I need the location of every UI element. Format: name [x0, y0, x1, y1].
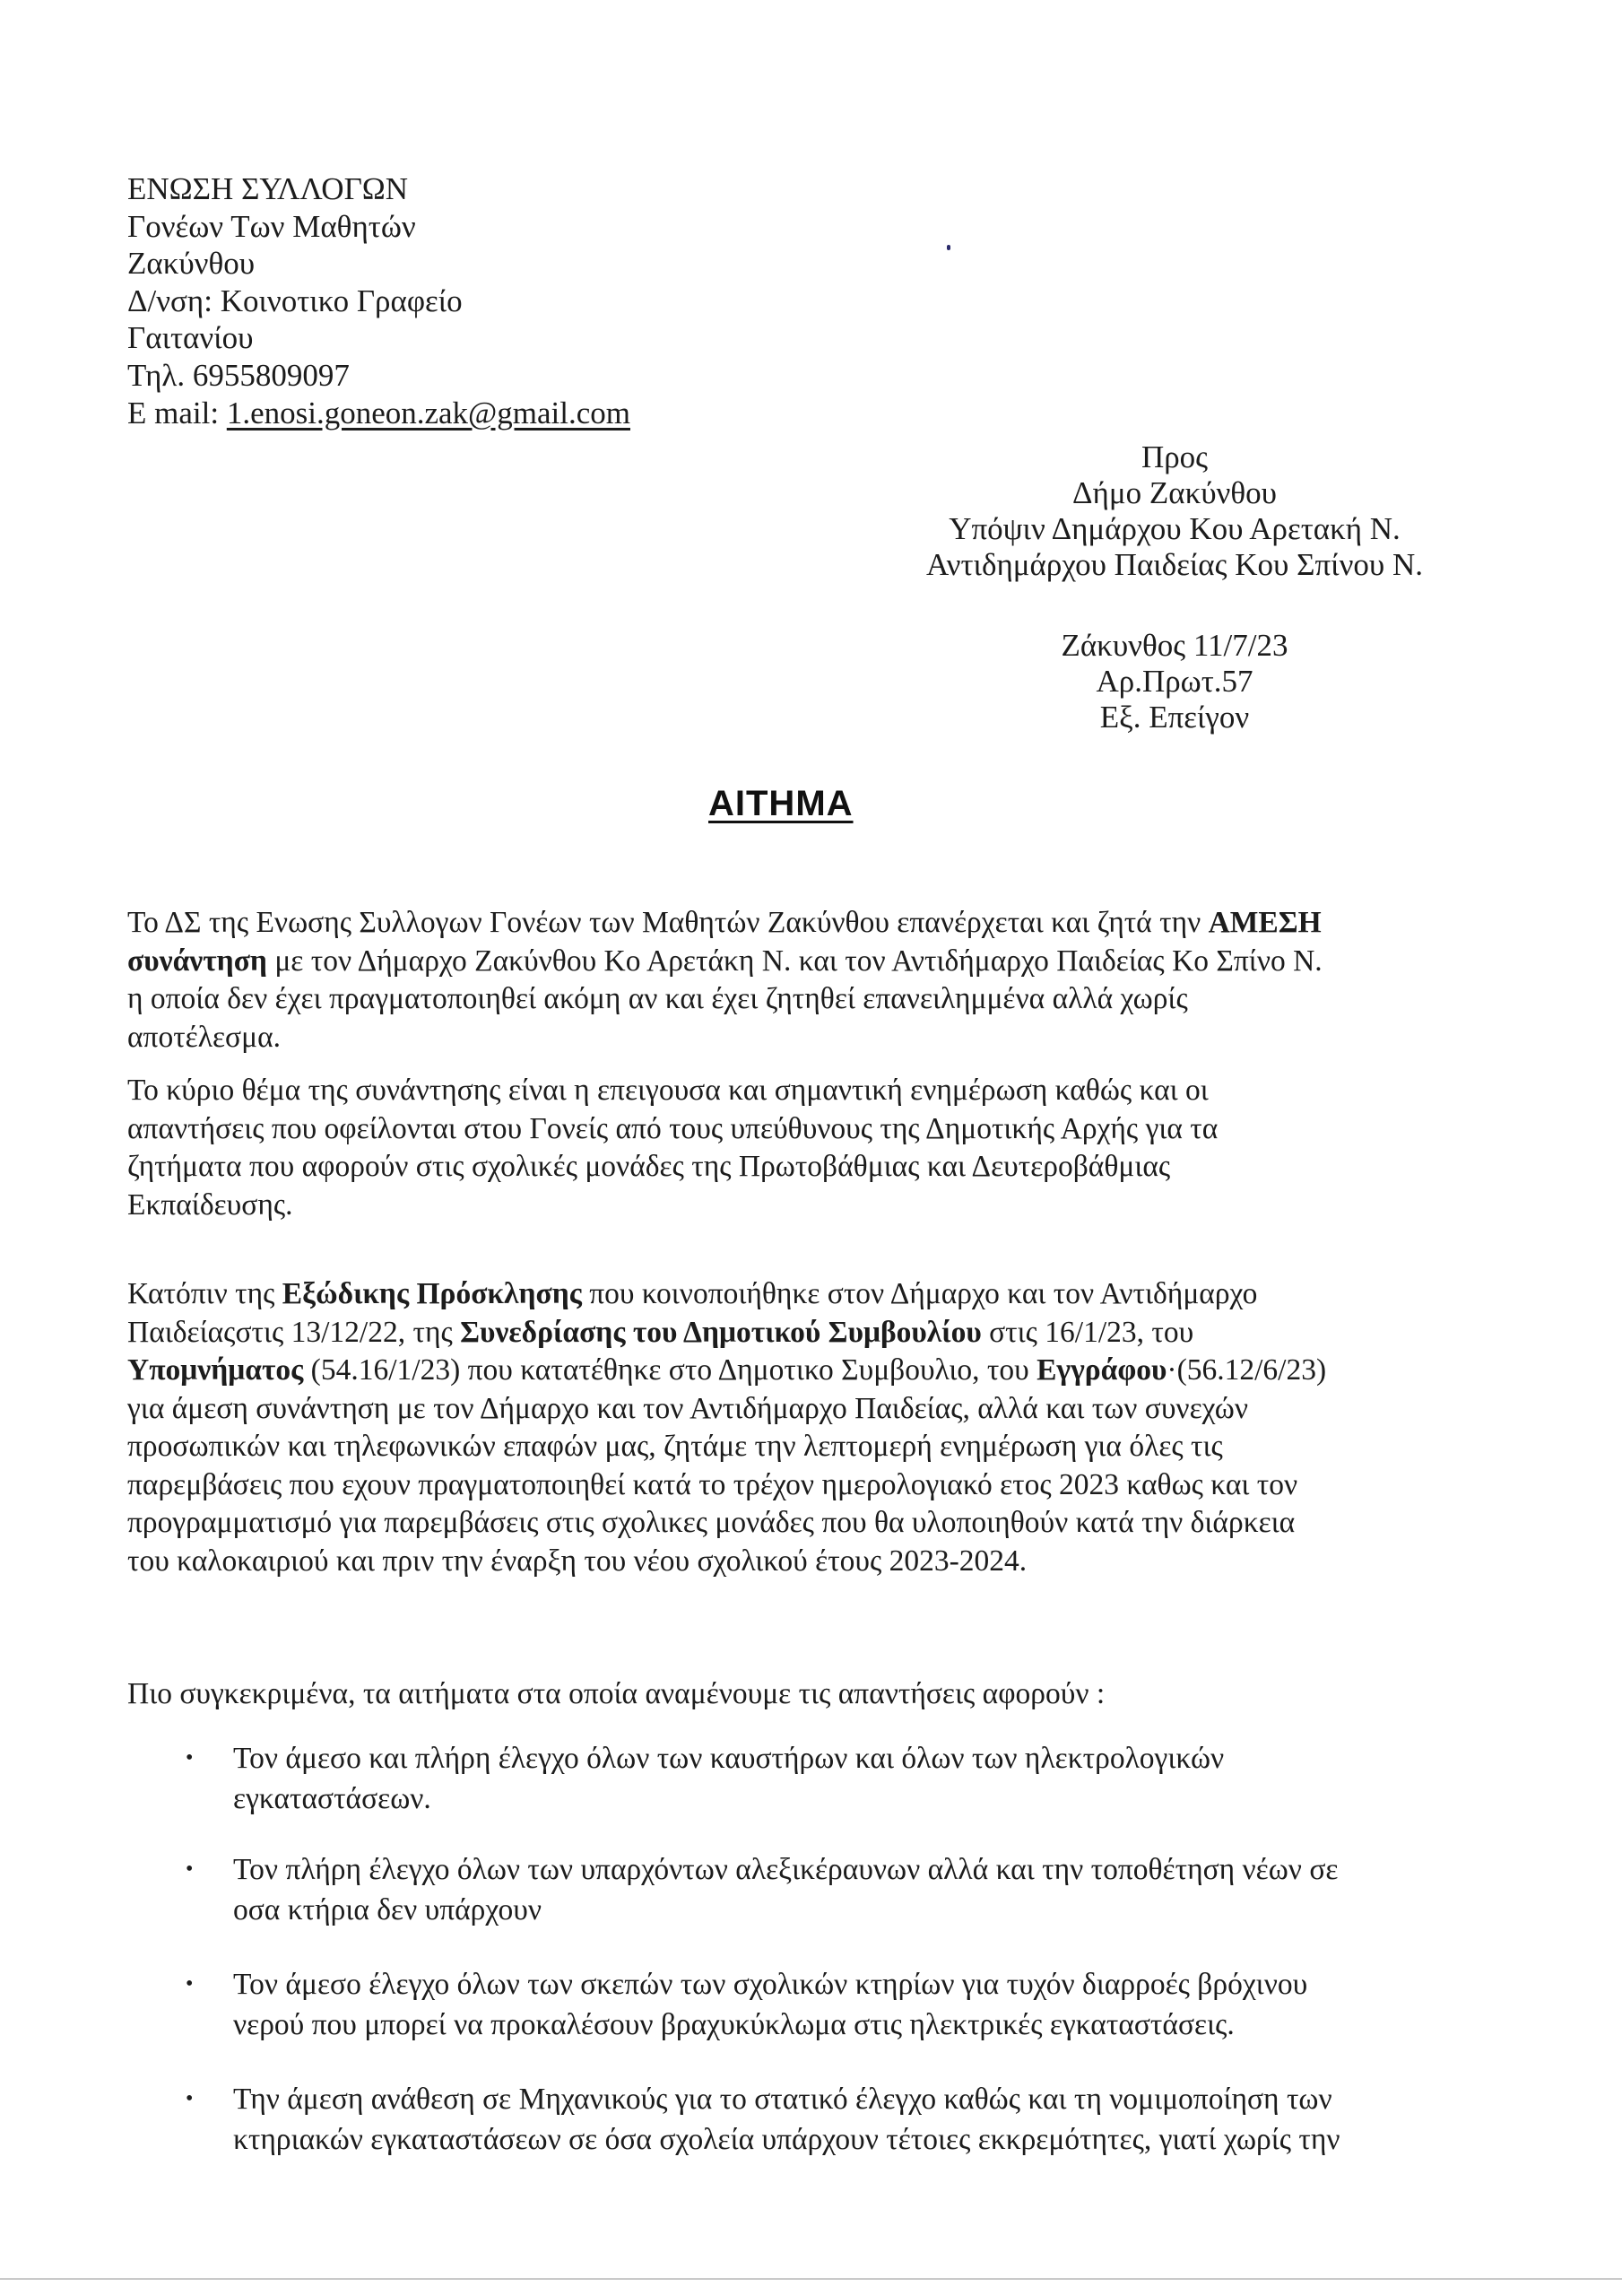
text: οσα κτήρια δεν υπάρχουν: [233, 1890, 1338, 1930]
text: Τον άμεσο και πλήρη έλεγχο όλων των καυσ…: [233, 1738, 1224, 1779]
recipient-municipality: Δήμο Ζακύνθου: [888, 475, 1462, 511]
text: (54.16/1/23) που κατατέθηκε στο Δημοτικο…: [303, 1353, 1037, 1387]
emphasis-meeting: συνάντηση: [127, 944, 267, 978]
text: στις 16/1/23, του: [982, 1316, 1193, 1349]
letter-meta: Ζάκυνθος 11/7/23 Αρ.Πρωτ.57 Εξ. Επείγον: [1058, 628, 1291, 735]
paragraph-requests-intro: Πιο συγκεκριμένα, τα αιτήματα στα οποία …: [127, 1675, 1105, 1714]
email-link[interactable]: 1.enosi.goneon.zak@gmail.com: [227, 396, 630, 430]
text: Το κύριο θέμα της συνάντησης είναι η επε…: [127, 1072, 1218, 1110]
text: Την άμεση ανάθεση σε Μηχανικούς για το σ…: [233, 2079, 1340, 2119]
text: Τον άμεσο έλεγχο όλων των σκεπών των σχο…: [233, 1964, 1307, 2005]
protocol-number: Αρ.Πρωτ.57: [1058, 664, 1291, 700]
recipient-to: Προς: [888, 439, 1462, 475]
document-title: ΑΙΤΗΜΑ: [708, 784, 854, 824]
page-edge-divider: [0, 2278, 1622, 2280]
recipient-mayor: Υπόψιν Δημάρχου Κου Αρετακή Ν.: [888, 511, 1462, 547]
text: προγραμματισμό για παρεμβάσεις στις σχολ…: [127, 1504, 1326, 1543]
text: Πιο συγκεκριμένα, τα αιτήματα στα οποία …: [127, 1675, 1105, 1714]
emphasis-memorandum: Υπομνήματος: [127, 1353, 303, 1387]
sender-org-name: ΕΝΩΣΗ ΣΥΛΛΟΓΩΝ: [127, 170, 630, 208]
emphasis-immediate: ΑΜΕΣΗ: [1209, 906, 1322, 939]
recipient-deputy-mayor: Αντιδημάρχου Παιδείας Κου Σπίνου Ν.: [888, 547, 1462, 583]
text: η οποία δεν έχει πραγματοποιηθεί ακόμη α…: [127, 980, 1323, 1019]
text: ·(56.12/6/23): [1167, 1353, 1326, 1387]
bullet-icon: •: [186, 2079, 193, 2119]
text: με τον Δήμαρχο Ζακύνθου Κο Αρετάκη Ν. κα…: [267, 944, 1323, 978]
bullet-icon: •: [186, 1964, 193, 2005]
urgency-label: Εξ. Επείγον: [1058, 700, 1291, 735]
emphasis-extrajudicial: Εξώδικης Πρόσκλησης: [282, 1277, 582, 1310]
sender-locality: Γαιτανίου: [127, 319, 630, 357]
text: Κατόπιν της: [127, 1277, 282, 1310]
scan-speck: [947, 245, 950, 250]
text: εγκαταστάσεων.: [233, 1779, 1224, 1819]
text: νερού που μπορεί να προκαλέσουν βραχυκύκ…: [233, 2005, 1307, 2045]
text: Το ΔΣ της Ενωσης Συλλογων Γονέων των Μαθ…: [127, 906, 1209, 939]
text: ζητήματα που αφορούν στις σχολικές μονάδ…: [127, 1148, 1218, 1187]
text: αποτέλεσμα.: [127, 1019, 1323, 1057]
recipient-block: Προς Δήμο Ζακύνθου Υπόψιν Δημάρχου Κου Α…: [888, 439, 1462, 583]
sender-email-line: E mail: 1.enosi.goneon.zak@gmail.com: [127, 395, 630, 432]
email-label: E mail:: [127, 396, 227, 430]
sender-address: Δ/νση: Κοινοτικο Γραφείο: [127, 283, 630, 320]
paragraph-subject: Το κύριο θέμα της συνάντησης είναι η επε…: [127, 1072, 1218, 1224]
text: προσωπικών και τηλεφωνικών επαφών μας, ζ…: [127, 1428, 1326, 1466]
text: παρεμβάσεις που εχουν πραγματοποιηθεί κα…: [127, 1466, 1326, 1505]
text: Παιδείαςστις 13/12/22, της: [127, 1316, 460, 1349]
text: Τον πλήρη έλεγχο όλων των υπαρχόντων αλε…: [233, 1849, 1338, 1890]
emphasis-council-session: Συνεδρίασης του Δημοτικού Συμβουλίου: [460, 1316, 982, 1349]
paragraph-history: Κατόπιν της Εξώδικης Πρόσκλησης που κοιν…: [127, 1275, 1326, 1580]
letter-date: Ζάκυνθος 11/7/23: [1058, 628, 1291, 664]
sender-org-subtitle: Γονέων Των Μαθητών: [127, 208, 630, 246]
text: απαντήσεις που οφείλονται στου Γονείς απ…: [127, 1110, 1218, 1149]
emphasis-document: Εγγράφου: [1037, 1353, 1167, 1387]
text: κτηριακών εγκαταστάσεων σε όσα σχολεία υ…: [233, 2119, 1340, 2160]
bullet-icon: •: [186, 1738, 193, 1779]
text: για άμεση συνάντηση με τον Δήμαρχο και τ…: [127, 1390, 1326, 1429]
text: Εκπαίδευσης.: [127, 1187, 1218, 1225]
paragraph-request: Το ΔΣ της Ενωσης Συλλογων Γονέων των Μαθ…: [127, 904, 1323, 1057]
text: που κοινοποιήθηκε στον Δήμαρχο και τον Α…: [582, 1277, 1258, 1310]
document-page: ΕΝΩΣΗ ΣΥΛΛΟΓΩΝ Γονέων Των Μαθητών Ζακύνθ…: [0, 0, 1622, 2296]
bullet-icon: •: [186, 1849, 193, 1890]
text: του καλοκαιριού και πριν την έναρξη του …: [127, 1543, 1326, 1581]
sender-region: Ζακύνθου: [127, 245, 630, 283]
sender-phone: Τηλ. 6955809097: [127, 357, 630, 395]
sender-block: ΕΝΩΣΗ ΣΥΛΛΟΓΩΝ Γονέων Των Μαθητών Ζακύνθ…: [127, 170, 630, 431]
